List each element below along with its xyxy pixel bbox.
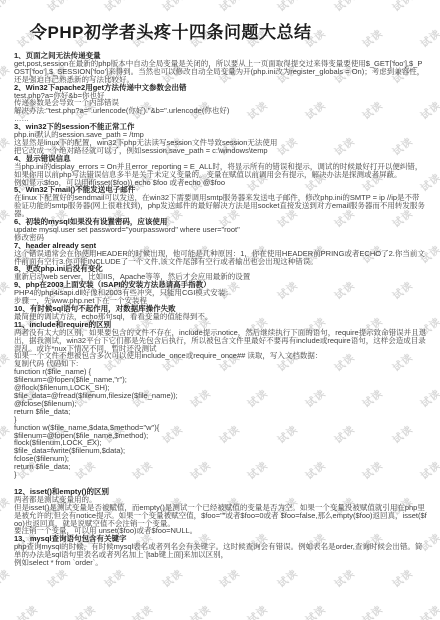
section-line: 当php.ini的display_errors = On并且error_repo…	[14, 163, 427, 179]
watermark-text: 试读	[0, 565, 12, 590]
watermark-text: 试读	[101, 565, 128, 590]
watermark-text: 试读	[273, 565, 300, 590]
section: 7、header already sent这个错误通常会在你使用HEADER的时…	[14, 242, 427, 266]
section: 6、初装的mysql如果没有设置密码，应该使用update mysql.user…	[14, 218, 427, 242]
section-line: php查询mysql的时候，有时候mysql表名或者列名会有关键字。这时候查询会…	[14, 543, 427, 559]
watermark-text: 试读	[129, 601, 156, 620]
watermark-text: 试读	[416, 601, 440, 620]
watermark-text: 试读	[388, 565, 415, 590]
watermark-text: 试读	[158, 565, 185, 590]
watermark-text: 试读	[186, 601, 213, 620]
sections-container: 1、页面之间无法传递变量get,post,session在最新的php版本中自动…	[14, 52, 427, 567]
watermark-text: 试读	[216, 565, 243, 590]
section-line: 例如select * from `order`。	[14, 559, 427, 567]
section: 10、有时候sql语句不起作用，对数据库操作失败最简便的调试方法，echo那句s…	[14, 305, 427, 321]
section: 9、php在2003上面安装（ISAPI的安装方法恳请高手指教）PHP4的php…	[14, 281, 427, 305]
watermark-text: 试读	[71, 601, 98, 620]
section-line: @fclose($filenum);	[14, 400, 427, 408]
section-line: 解决办法:"test.php?a=".urlencode(你好)."&b=".u…	[14, 107, 427, 115]
section-line: get,post,session在最新的php版本中自动全局变量是关闭的，所以要…	[14, 60, 427, 84]
section: 5、Win32下mail()不能发送电子邮件在linux下配置好的sendmai…	[14, 186, 427, 218]
watermark-text: 试读	[301, 601, 328, 620]
section-line: 在linux下配置好的sendmail可以发送，在win32下需要调用smtp服…	[14, 194, 427, 218]
section: 13、mysql查询语句包含有关键字php查询mysql的时候，有时候mysql…	[14, 535, 427, 567]
section-line: return $file_data;	[14, 463, 427, 471]
watermark-text: 试读	[43, 565, 70, 590]
watermark-text: 试读	[244, 601, 271, 620]
section-line: }	[14, 471, 427, 479]
page-title: 令PHP初学者头疼十四条问题大总结	[30, 18, 427, 43]
watermark-text: 试读	[14, 601, 41, 620]
section-line: fclose($filenum);	[14, 455, 427, 463]
section-line: 但是isset()是测试变量是否被赋值，而empty()是测试一个已经被赋值的变…	[14, 504, 427, 528]
section-line: return $file_data;	[14, 408, 427, 416]
section-line: $file_data=fwrite($filenum,$data);	[14, 447, 427, 455]
document-content: 令PHP初学者头疼十四条问题大总结 1、页面之间无法传递变量get,post,s…	[0, 0, 440, 567]
section-line: 把它改成一个绝对路径就可以了，例如session.save_path = c:\…	[14, 147, 427, 155]
section: 2、Win32下apache2用get方法传递中文参数会出错test.php?a…	[14, 84, 427, 124]
section: 1、页面之间无法传递变量get,post,session在最新的php版本中自动…	[14, 52, 427, 84]
watermark-text: 试读	[359, 601, 386, 620]
document-page: 试读试读试读试读试读试读试读试读试读试读试读试读试读试读试读试读试读试读试读试读…	[0, 0, 440, 620]
section: 11、include和require的区别两者没有太大的区别，如果要包含的文件不…	[14, 321, 427, 479]
watermark-text: 试读	[331, 565, 358, 590]
section: 3、win32下的session不能正常工作php.ini默认的session.…	[14, 123, 427, 155]
section: 8、更改php.ini后没有变化重新启动web server，比如IIS，Apa…	[14, 265, 427, 281]
section-line: update mysql.user set password="yourpass…	[14, 226, 427, 234]
section-line: 两者没有太大的区别，如果要包含的文件不存在，include提示notice，然后…	[14, 329, 427, 353]
section: 4、显示错误信息当php.ini的display_errors = On并且er…	[14, 155, 427, 187]
section: 12、isset()和empty()的区别两者都是测试变量用的。但是isset(…	[14, 488, 427, 535]
